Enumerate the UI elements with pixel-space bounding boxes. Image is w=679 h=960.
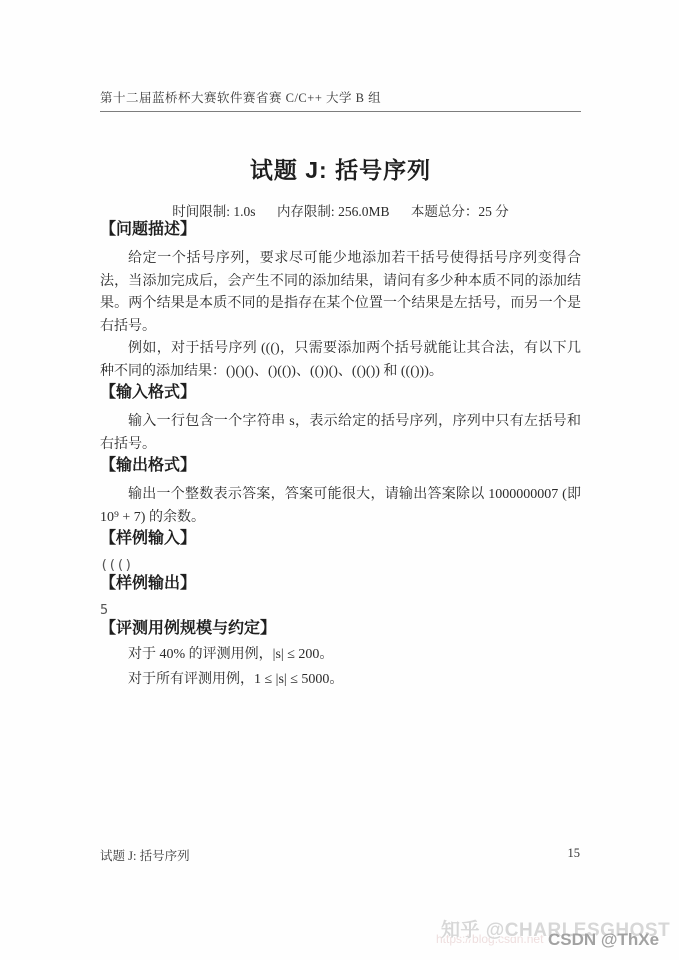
total-score: 本题总分：25 分 [411,204,509,219]
running-header-text: 第十二届蓝桥杯大赛软件赛省赛 C/C++ 大学 B 组 [100,91,381,105]
section-heading-input-format: 【输入格式】 [100,383,581,403]
footer-page-number: 15 [568,846,581,864]
running-header: 第十二届蓝桥杯大赛软件赛省赛 C/C++ 大学 B 组 [100,0,581,106]
input-format-paragraph: 输入一行包含一个字符串 s，表示给定的括号序列，序列中只有左括号和右括号。 [100,411,581,456]
section-heading-description: 【问题描述】 [100,220,581,240]
limits-line: 时间限制: 1.0s 内存限制: 256.0MB 本题总分：25 分 [100,200,581,220]
output-format-paragraph: 输出一个整数表示答案，答案可能很大，请输出答案除以 1000000007 (即 … [100,484,581,529]
memory-limit: 内存限制: 256.0MB [277,204,390,219]
constraint-line: 对于所有评测用例，1 ≤ |s| ≤ 5000。 [100,671,581,689]
description-paragraph-2: 例如，对于括号序列 ((()，只需要添加两个括号就能让其合法，有以下几种不同的添… [100,338,581,383]
watermark-zhihu: 知乎 @CHARLESGHOST [441,915,670,942]
section-heading-output-format: 【输出格式】 [100,456,581,476]
sample-output-value: 5 [100,602,581,619]
section-heading-sample-output: 【样例输出】 [100,574,581,594]
constraint-line: 对于 40% 的评测用例，|s| ≤ 200。 [100,646,581,664]
description-paragraph-1: 给定一个括号序列，要求尽可能少地添加若干括号使得括号序列变得合法，当添加完成后，… [100,248,581,338]
sample-input-value: ((() [100,557,581,574]
footer-problem-title: 试题 J: 括号序列 [100,846,190,864]
watermark-csdn: CSDN @ThXe [548,930,659,950]
section-heading-sample-input: 【样例输入】 [100,529,581,549]
watermark-csdn-url: https://blog.csdn.net [436,932,543,946]
page-content: 第十二届蓝桥杯大赛软件赛省赛 C/C++ 大学 B 组 试题 J: 括号序列 时… [100,0,581,689]
header-rule [100,111,581,112]
time-limit: 时间限制: 1.0s [172,204,255,219]
page-footer: 试题 J: 括号序列 15 [100,846,580,864]
section-heading-constraints: 【评测用例规模与约定】 [100,619,581,639]
problem-title: 试题 J: 括号序列 [100,152,581,185]
document-page: 第十二届蓝桥杯大赛软件赛省赛 C/C++ 大学 B 组 试题 J: 括号序列 时… [0,0,679,960]
